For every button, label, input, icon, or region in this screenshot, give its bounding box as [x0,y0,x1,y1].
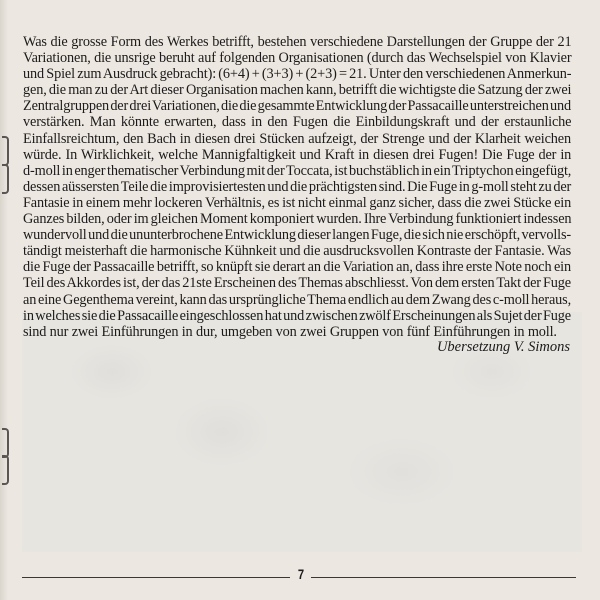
staple-icon [2,428,9,458]
text-line: d-moll in enger thematischer Verbindung … [23,163,571,179]
text-line: Ganzes bilden, oder im gleichen Moment k… [23,211,571,227]
text-line: gen, die man zu der Art dieser Organisat… [23,82,571,98]
text-line: Einfallsreichtum, den Bach in diesen dre… [23,131,571,147]
staple-icon [2,164,9,194]
footer-rule-left [22,577,290,578]
text-line: Teil des Akkordes ist, der das 21ste Ers… [23,275,571,291]
text-line: Variationen, die unsrige beruht auf folg… [23,50,571,66]
staple-icon [2,455,9,485]
text-line: sind nur zwei Einführungen in dur, umgeb… [23,324,571,340]
booklet-page: Was die grosse Form des Werkes betrifft,… [0,0,600,600]
translator-credit: Ubersetzung V. Simons [437,339,570,356]
text-line: Zentralgruppen der drei Variationen, die… [23,98,571,114]
text-line: Was die grosse Form des Werkes betrifft,… [23,34,571,50]
staple-icon [2,136,9,166]
body-paragraph: Was die grosse Form des Werkes betrifft,… [23,34,571,340]
text-line: die Fuge der Passacaille betrifft, so kn… [23,259,571,275]
text-line: wundervoll und die ununterbrochene Entwi… [23,227,571,243]
text-line: würde. In Wirklichkeit, welche Mannigfal… [23,147,571,163]
text-line: an eine Gegenthema vereint, kann das urs… [23,292,571,308]
text-line: Fantasie in einem mehr lockeren Verhältn… [23,195,571,211]
text-line: dessen aüssersten Teile die improvisiert… [23,179,571,195]
text-line: und Spiel zum Ausdruck gebracht): (6+4) … [23,66,571,82]
footer-rule-right [311,577,576,578]
text-line: tändigt meisterhaft die harmonische Kühn… [23,243,571,259]
text-line: verstärken. Man könnte erwarten, dass in… [23,114,571,130]
text-line: in welches sie die Passacaille eingeschl… [23,308,571,324]
page-number: 7 [295,566,308,582]
binding-shadow [0,0,8,600]
